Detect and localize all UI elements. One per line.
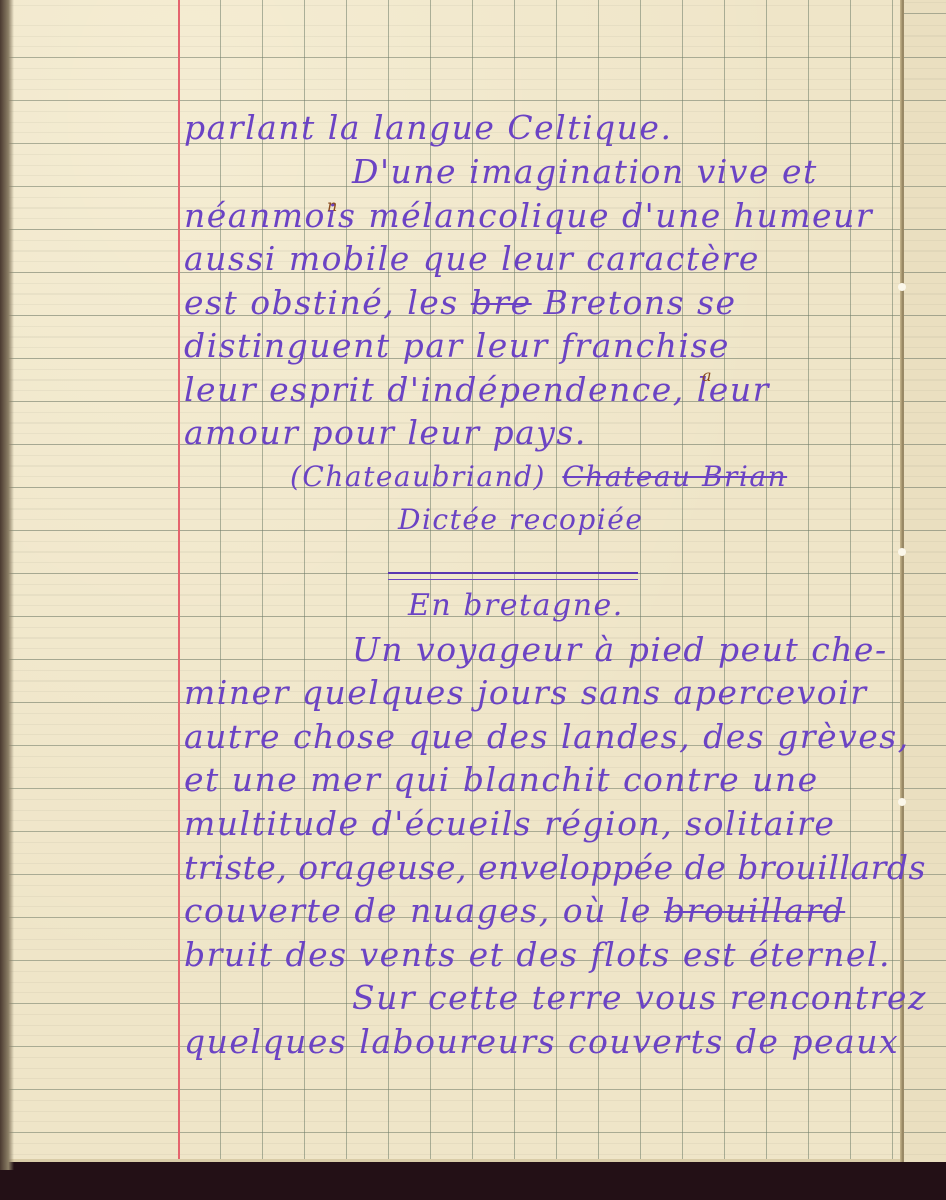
handwritten-line: aussi mobile que leur caractère: [184, 237, 760, 280]
handwritten-line: Sur cette terre vous rencontrez: [352, 976, 927, 1019]
correction-mark: n: [327, 196, 337, 215]
struck-text: bre: [471, 283, 532, 322]
handwritten-line: miner quelques jours sans apercevoir: [184, 671, 867, 714]
line-segment: s mélancolique d'une humeur: [338, 196, 873, 235]
handwritten-line: autre chose que des landes, des grèves,: [184, 715, 910, 758]
subtitle: Dictée recopiée: [398, 498, 643, 541]
double-underline-divider: [388, 572, 638, 580]
handwritten-line: couverte de nuages, où le brouillard: [184, 889, 845, 932]
handwritten-line: néanmois mélancolique d'une humeur: [184, 194, 873, 237]
struck-attribution: Chateau Brian: [562, 460, 787, 493]
handwritten-line: D'une imagination vive et: [352, 150, 818, 193]
handwritten-line: est obstiné, les bre Bretons se: [184, 281, 737, 324]
handwritten-line: bruit des vents et des flots est éternel…: [184, 933, 891, 976]
staple-hole: [898, 798, 906, 806]
handwritten-line: amour pour leur pays.: [184, 411, 587, 454]
page-edge-shadow: [0, 0, 14, 1170]
staple-hole: [898, 548, 906, 556]
struck-text: brouillard: [664, 891, 845, 930]
line-segment: est obstiné, les: [184, 283, 471, 322]
section-title: En bretagne.: [408, 584, 624, 627]
line-segment: néanmoi: [184, 196, 338, 235]
attribution-author: (Chateaubriand): [290, 460, 546, 493]
handwritten-line: Un voyageur à pied peut che-: [352, 628, 888, 671]
line-segment: ence, leur: [588, 370, 770, 409]
handwritten-line: quelques laboureurs couverts de peaux: [184, 1020, 899, 1063]
staple-hole: [898, 283, 906, 291]
red-margin-line: [178, 0, 180, 1159]
line-segment: Bretons se: [532, 283, 737, 322]
attribution-line: (Chateaubriand) Chateau Brian: [290, 455, 787, 498]
handwritten-line: triste, orageuse, enveloppée de brouilla…: [184, 846, 926, 889]
correction-mark: a: [702, 366, 712, 385]
handwritten-line: leur esprit d'indépendence, leur: [184, 368, 770, 411]
handwritten-line: et une mer qui blanchit contre une: [184, 758, 819, 801]
line-segment: leur esprit d'indépend: [184, 370, 588, 409]
line-segment: couverte de nuages, où le: [184, 891, 664, 930]
handwritten-line: multitude d'écueils région, solitaire: [184, 802, 835, 845]
handwritten-line: distinguent par leur franchise: [184, 324, 730, 367]
handwritten-line: parlant la langue Celtique.: [184, 106, 672, 149]
